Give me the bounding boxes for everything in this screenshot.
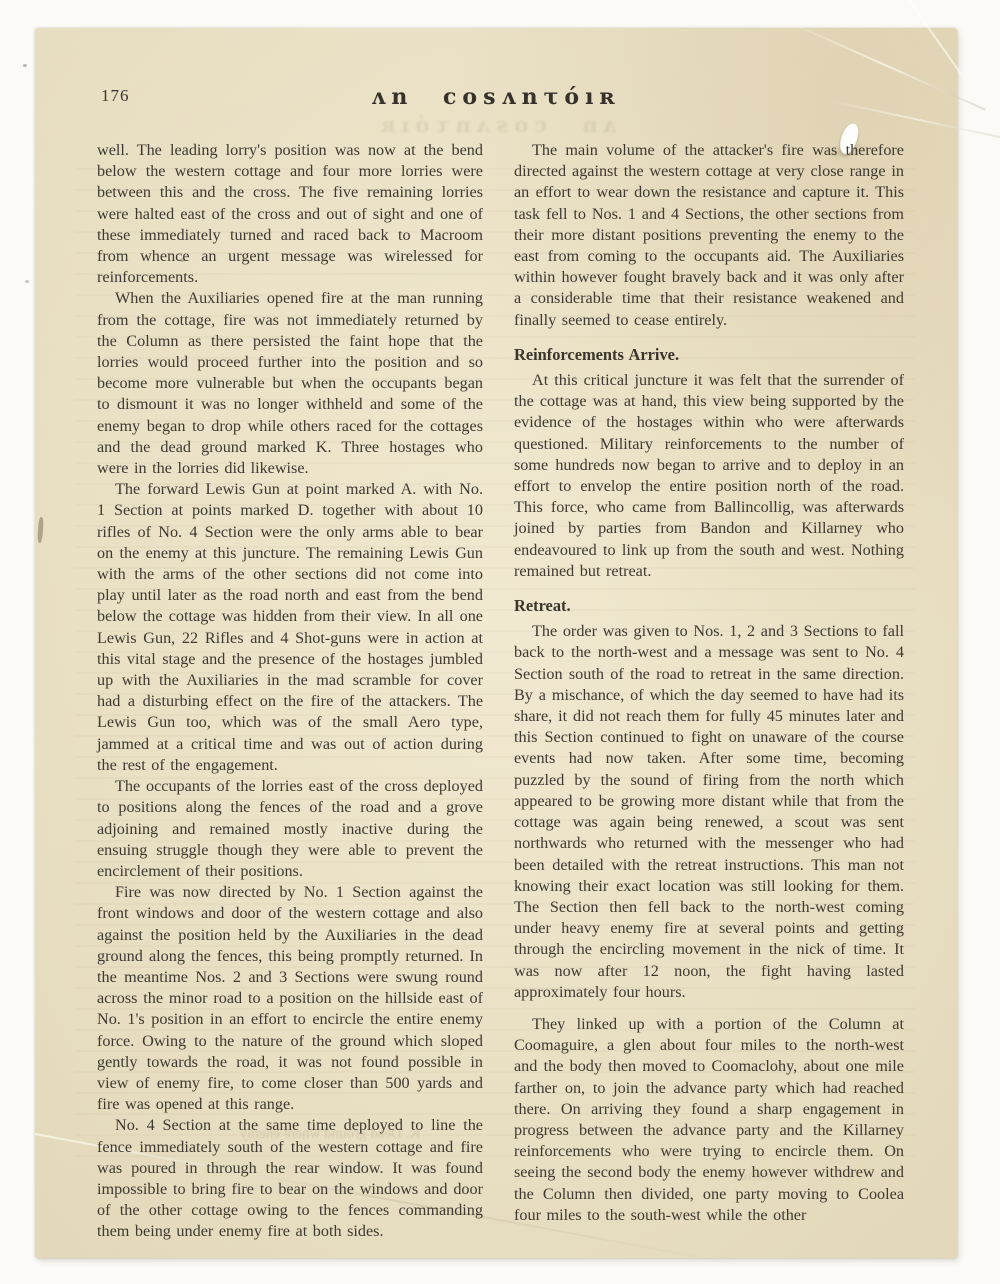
- scan-speck: [23, 64, 27, 67]
- body-paragraph: When the Auxiliaries opened fire at the …: [97, 288, 483, 479]
- section-heading-retreat: Retreat.: [514, 595, 904, 616]
- bleed-through-map-legend-k: K. Dead ground where enemy: [240, 1126, 420, 1143]
- section-heading-reinforcements-arrive: Reinforcements Arrive.: [514, 344, 904, 365]
- corner-crease: [908, 0, 961, 74]
- left-text-column: well. The leading lorry's position was n…: [97, 140, 483, 1243]
- right-text-column: The main volume of the attacker's fire w…: [514, 140, 904, 1226]
- body-paragraph: Fire was now directed by No. 1 Section a…: [97, 882, 483, 1115]
- magazine-page-sheet: ʌn cosʌnτóıʀ 176 ʌn cosʌnτóıʀ well. The …: [35, 28, 957, 1258]
- bleed-through-map-legend-l: L. Lorries: [735, 1168, 795, 1185]
- body-paragraph: The main volume of the attacker's fire w…: [514, 140, 904, 331]
- edge-mark: [37, 517, 44, 543]
- body-paragraph: The forward Lewis Gun at point marked A.…: [97, 479, 483, 776]
- scanned-magazine-page: { "page_header": { "page_number": "176",…: [0, 0, 1000, 1284]
- body-paragraph: The order was given to Nos. 1, 2 and 3 S…: [514, 621, 904, 1003]
- body-paragraph: well. The leading lorry's position was n…: [97, 140, 483, 288]
- scan-speck: [25, 280, 29, 283]
- body-paragraph: The occupants of the lorries east of the…: [97, 776, 483, 882]
- body-paragraph: They linked up with a portion of the Col…: [514, 1014, 904, 1226]
- magazine-masthead: ʌn cosʌnτóıʀ: [35, 84, 957, 110]
- body-paragraph: At this critical juncture it was felt th…: [514, 370, 904, 582]
- masthead-bleed-through: ʌn cosʌnτóıʀ: [35, 112, 957, 137]
